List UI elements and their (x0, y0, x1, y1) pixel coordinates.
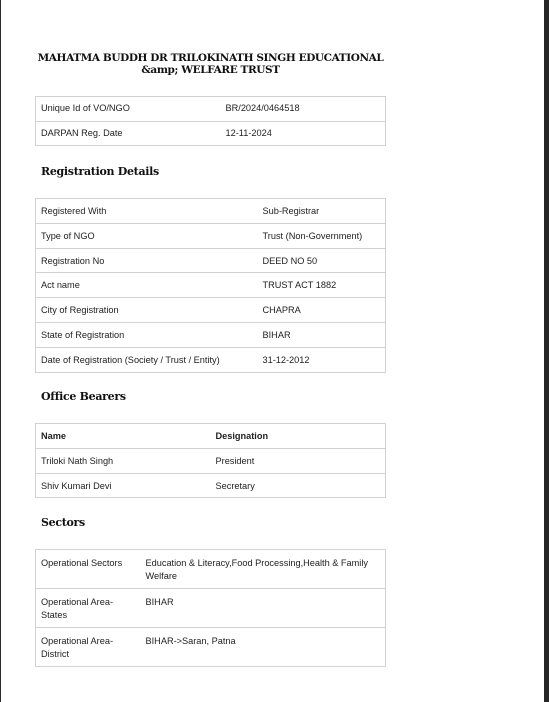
bearer-name: Triloki Nath Singh (36, 448, 211, 473)
table-row: Triloki Nath Singh President (36, 448, 386, 473)
registration-label: Type of NGO (36, 223, 258, 248)
table-row: State of Registration BIHAR (36, 322, 386, 347)
registration-label: State of Registration (36, 322, 258, 347)
bearer-designation: Secretary (211, 473, 386, 498)
table-row: Type of NGO Trust (Non-Government) (36, 223, 386, 248)
table-row: Act name TRUST ACT 1882 (36, 273, 386, 298)
window-edge-left (0, 0, 1, 702)
table-row: Date of Registration (Society / Trust / … (36, 347, 386, 372)
registration-value: Sub-Registrar (258, 199, 386, 224)
summary-label: Unique Id of VO/NGO (36, 97, 221, 122)
ngo-title: MAHATMA BUDDH DR TRILOKINATH SINGH EDUCA… (35, 52, 386, 76)
registration-value: DEED NO 50 (258, 248, 386, 273)
table-row: Shiv Kumari Devi Secretary (36, 473, 386, 498)
column-header-designation: Designation (211, 424, 386, 449)
sector-label: Operational Sectors (36, 550, 141, 589)
registration-value: Trust (Non-Government) (258, 223, 386, 248)
registration-label: Registered With (36, 199, 258, 224)
registration-label: Registration No (36, 248, 258, 273)
office-bearers-table: Name Designation Triloki Nath Singh Pres… (35, 423, 386, 498)
table-row: Unique Id of VO/NGO BR/2024/0464518 (36, 97, 386, 122)
sector-value: Education & Literacy,Food Processing,Hea… (141, 550, 386, 589)
table-row: Registration No DEED NO 50 (36, 248, 386, 273)
summary-label: DARPAN Reg. Date (36, 121, 221, 146)
registration-label: City of Registration (36, 298, 258, 323)
table-row: Operational Area-District BIHAR->Saran, … (36, 628, 386, 667)
table-row: Operational Area-States BIHAR (36, 589, 386, 628)
registration-label: Date of Registration (Society / Trust / … (36, 347, 258, 372)
window-edge-right (544, 0, 549, 702)
registration-value: CHAPRA (258, 298, 386, 323)
sector-label: Operational Area-States (36, 589, 141, 628)
registration-table: Registered With Sub-Registrar Type of NG… (35, 198, 386, 373)
summary-value: BR/2024/0464518 (221, 97, 386, 122)
sector-label: Operational Area-District (36, 628, 141, 667)
table-row: City of Registration CHAPRA (36, 298, 386, 323)
table-row: Registered With Sub-Registrar (36, 199, 386, 224)
sector-value: BIHAR->Saran, Patna (141, 628, 386, 667)
table-header-row: Name Designation (36, 424, 386, 449)
registration-value: 31-12-2012 (258, 347, 386, 372)
summary-value: 12-11-2024 (221, 121, 386, 146)
column-header-name: Name (36, 424, 211, 449)
bearer-name: Shiv Kumari Devi (36, 473, 211, 498)
bearer-designation: President (211, 448, 386, 473)
sectors-table: Operational Sectors Education & Literacy… (35, 549, 386, 667)
office-bearers-heading: Office Bearers (41, 390, 126, 403)
sectors-heading: Sectors (41, 516, 85, 529)
registration-label: Act name (36, 273, 258, 298)
registration-value: BIHAR (258, 322, 386, 347)
summary-table: Unique Id of VO/NGO BR/2024/0464518 DARP… (35, 96, 386, 146)
table-row: Operational Sectors Education & Literacy… (36, 550, 386, 589)
sector-value: BIHAR (141, 589, 386, 628)
registration-heading: Registration Details (41, 165, 159, 178)
table-row: DARPAN Reg. Date 12-11-2024 (36, 121, 386, 146)
registration-value: TRUST ACT 1882 (258, 273, 386, 298)
